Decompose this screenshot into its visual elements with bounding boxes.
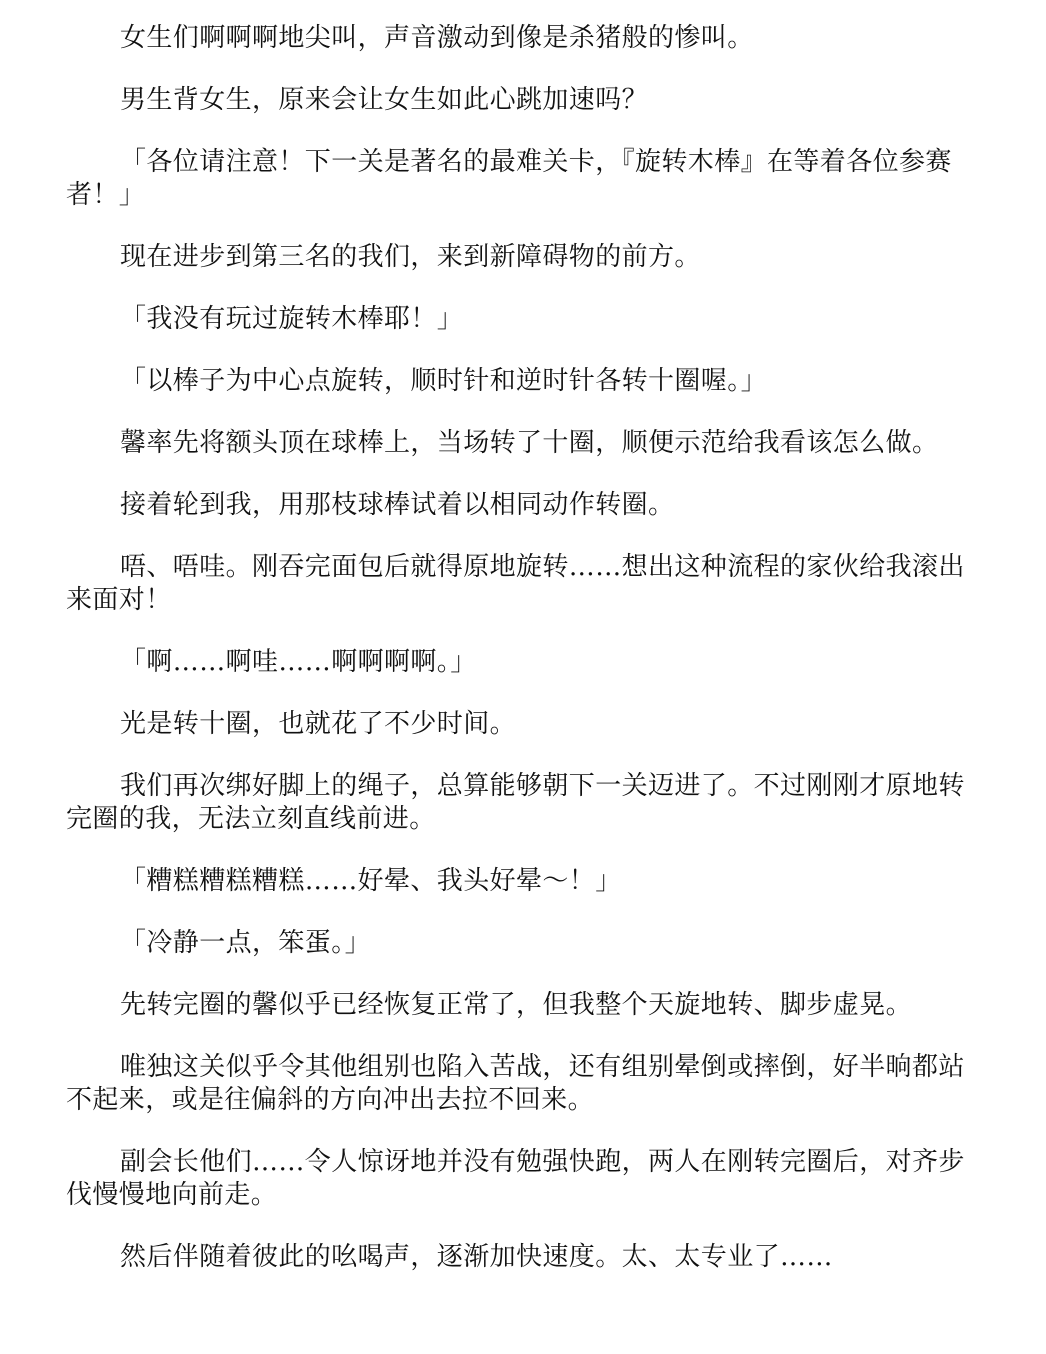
paragraph: 然后伴随着彼此的吆喝声，逐渐加快速度。太、太专业了…… — [66, 1241, 978, 1274]
document-page: 女生们啊啊啊地尖叫，声音激动到像是杀猪般的惨叫。 男生背女生，原来会让女生如此心… — [66, 22, 978, 1303]
paragraph: 我们再次绑好脚上的绳子，总算能够朝下一关迈进了。不过刚刚才原地转完圈的我，无法立… — [66, 770, 978, 836]
paragraph: 光是转十圈，也就花了不少时间。 — [66, 708, 978, 741]
paragraph: 「各位请注意！下一关是著名的最难关卡，『旋转木棒』在等着各位参赛者！」 — [66, 146, 978, 212]
paragraph: 「啊……啊哇……啊啊啊啊。」 — [66, 646, 978, 679]
paragraph: 女生们啊啊啊地尖叫，声音激动到像是杀猪般的惨叫。 — [66, 22, 978, 55]
paragraph: 「糟糕糟糕糟糕……好晕、我头好晕～！」 — [66, 865, 978, 898]
paragraph: 唯独这关似乎令其他组别也陷入苦战，还有组别晕倒或摔倒，好半晌都站不起来，或是往偏… — [66, 1051, 978, 1117]
paragraph: 「以棒子为中心点旋转，顺时针和逆时针各转十圈喔。」 — [66, 365, 978, 398]
paragraph: 「我没有玩过旋转木棒耶！」 — [66, 303, 978, 336]
paragraph: 现在进步到第三名的我们，来到新障碍物的前方。 — [66, 241, 978, 274]
paragraph: 先转完圈的馨似乎已经恢复正常了，但我整个天旋地转、脚步虚晃。 — [66, 989, 978, 1022]
paragraph: 唔、唔哇。刚吞完面包后就得原地旋转……想出这种流程的家伙给我滚出来面对！ — [66, 551, 978, 617]
paragraph: 接着轮到我，用那枝球棒试着以相同动作转圈。 — [66, 489, 978, 522]
paragraph: 副会长他们……令人惊讶地并没有勉强快跑，两人在刚转完圈后，对齐步伐慢慢地向前走。 — [66, 1146, 978, 1212]
paragraph: 馨率先将额头顶在球棒上，当场转了十圈，顺便示范给我看该怎么做。 — [66, 427, 978, 460]
paragraph: 男生背女生，原来会让女生如此心跳加速吗？ — [66, 84, 978, 117]
paragraph: 「冷静一点，笨蛋。」 — [66, 927, 978, 960]
